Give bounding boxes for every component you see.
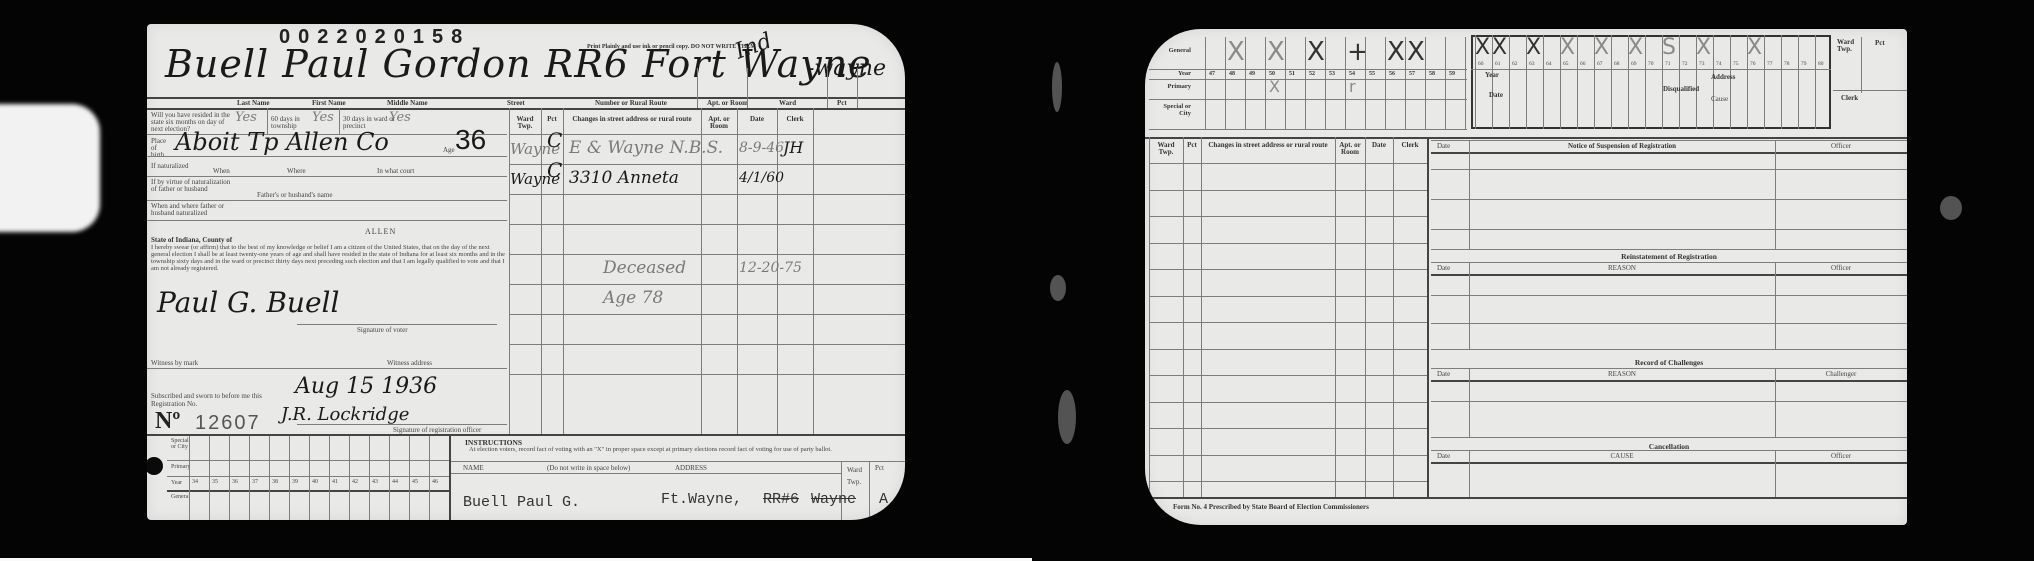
year-cell: 58 <box>1429 71 1435 77</box>
year-cell: 60 <box>1478 61 1484 67</box>
year-cell: 74 <box>1716 61 1722 67</box>
rule <box>1431 274 1907 276</box>
general-vote-mark: X <box>1696 37 1711 59</box>
rule <box>1201 137 1202 497</box>
year-cell: 43 <box>372 479 378 485</box>
rule <box>1713 35 1714 129</box>
rule <box>209 436 210 520</box>
rule <box>737 108 738 434</box>
rule <box>509 254 905 255</box>
year-cell: 34 <box>192 479 198 485</box>
rule <box>1469 140 1470 249</box>
rule <box>1775 140 1776 249</box>
typed-struck-route: RR#6 <box>763 491 799 508</box>
voting-row-label: Primary <box>171 464 191 470</box>
year-cell: 51 <box>1289 71 1295 77</box>
rule <box>1335 137 1336 497</box>
year-cell: 66 <box>1580 61 1586 67</box>
table-cell-pct: C <box>547 158 562 182</box>
year-cell: 77 <box>1767 61 1773 67</box>
corner-clerk-label: Clerk <box>1841 94 1858 102</box>
name-field-label: Apt. or Room <box>707 99 748 107</box>
signature-of-voter-label: Signature of voter <box>357 326 408 334</box>
rule <box>1471 69 1831 70</box>
father-naturalization-label: If by virtue of naturalization of father… <box>151 179 231 193</box>
rule <box>697 68 698 108</box>
general-vote-mark: X <box>1267 39 1285 65</box>
rule <box>1149 243 1427 244</box>
residency-township-answer: Yes <box>312 110 334 125</box>
changes-header: Apt. or Room <box>703 116 735 130</box>
general-vote-mark: X <box>1307 39 1325 65</box>
section-header-date: Date <box>1437 370 1450 378</box>
rule <box>1149 129 1467 130</box>
year-cell: 57 <box>1409 71 1415 77</box>
rule <box>1815 35 1816 129</box>
instructions-name-label: NAME <box>463 464 484 472</box>
rule <box>1149 349 1427 350</box>
year-cell: 36 <box>232 479 238 485</box>
rule <box>1149 428 1427 429</box>
section-header-officer: Officer <box>1775 142 1907 150</box>
general-vote-mark: X <box>1227 39 1245 65</box>
age-label: Age <box>443 146 455 154</box>
rule <box>1149 296 1427 297</box>
rule <box>429 436 430 520</box>
residency-ward-answer: Yes <box>389 110 411 125</box>
table-cell-date: 8-9-46 <box>739 140 784 156</box>
naturalized-when-label: When <box>213 167 230 175</box>
general-vote-mark: X <box>1475 37 1490 59</box>
rule <box>1405 37 1406 129</box>
instructions-ward-label: Ward Twp. <box>847 464 867 488</box>
year-cell: 75 <box>1733 61 1739 67</box>
changes-header: Ward Twp. <box>1150 142 1182 156</box>
voting-row-label: General <box>171 494 191 500</box>
voting-row-label: Special or City <box>1151 103 1191 117</box>
rule <box>1781 35 1782 129</box>
rule <box>1149 402 1427 403</box>
corner-pct-label: Pct <box>1875 39 1885 47</box>
table-cell-change: Age 78 <box>603 288 663 308</box>
rule <box>229 436 230 520</box>
section-header-officer: Officer <box>1775 452 1907 460</box>
rule <box>329 436 330 520</box>
rule <box>1431 380 1907 382</box>
voting-row-label: Special or City <box>171 438 191 450</box>
general-vote-mark: X <box>1387 39 1405 65</box>
grid-label-cause: Cause <box>1711 95 1728 103</box>
year-cell: 70 <box>1648 61 1654 67</box>
changes-header: Date <box>739 116 775 123</box>
registration-number: 12607 <box>195 412 261 435</box>
officer-label: Signature of registration officer <box>393 426 481 434</box>
year-cell: 69 <box>1631 61 1637 67</box>
light-glare <box>0 104 100 232</box>
rule <box>269 436 270 520</box>
rule <box>1205 37 1206 129</box>
rule <box>1611 35 1612 129</box>
voting-row-label: Year <box>1151 70 1191 77</box>
rule <box>1149 163 1427 164</box>
name-field-label: First Name <box>312 99 346 107</box>
father-name-label: Father's or husband's name <box>257 191 332 199</box>
residency-state-answer: Yes <box>235 110 257 125</box>
year-cell: 48 <box>1229 71 1235 77</box>
section-header-officer: Officer <box>1775 264 1907 272</box>
rule <box>1431 401 1907 402</box>
changes-header: Date <box>1366 142 1392 149</box>
year-cell: 42 <box>352 479 358 485</box>
subscribed-label: Subscribed and sworn to before me this <box>151 392 262 400</box>
year-cell: 45 <box>412 479 418 485</box>
section-header-date: Date <box>1437 264 1450 272</box>
annotation-wayne: -wayne <box>807 56 886 81</box>
instructions-name-hint: (Do not write in space below) <box>547 464 630 472</box>
rule <box>1775 450 1776 497</box>
general-vote-mark: X <box>1594 37 1609 59</box>
rule <box>1431 450 1907 451</box>
year-cell: 76 <box>1750 61 1756 67</box>
rule <box>509 284 905 285</box>
rule <box>1775 262 1776 349</box>
rule <box>857 68 858 108</box>
year-cell: 79 <box>1801 61 1807 67</box>
naturalized-label: If naturalized <box>151 162 189 170</box>
registration-card-back: GeneralYearPrimarySpecial or City4748X49… <box>1145 29 1907 525</box>
reinstatement-title: Reinstatement of Registration <box>1431 252 1907 261</box>
section-header-reason: Notice of Suspension of Registration <box>1469 142 1775 150</box>
oath-text: I hereby swear (or affirm) that to the b… <box>151 244 506 272</box>
instructions-text: At election voters, record fact of votin… <box>469 446 889 453</box>
table-cell-change: Deceased <box>603 258 686 278</box>
year-cell: 68 <box>1614 61 1620 67</box>
rule <box>509 314 905 315</box>
subscribed-date: Aug 15 1936 <box>295 374 437 399</box>
rule <box>1431 349 1907 350</box>
rule <box>827 68 828 108</box>
witness-address-label: Witness address <box>387 359 432 367</box>
year-cell: 65 <box>1563 61 1569 67</box>
year-cell: 46 <box>432 479 438 485</box>
changes-header: Changes in street address or rural route <box>1202 142 1334 149</box>
typed-pct: A <box>879 491 888 508</box>
rule <box>1225 37 1226 129</box>
table-cell-date: 4/1/60 <box>739 170 784 186</box>
year-cell: 53 <box>1329 71 1335 77</box>
rule <box>1469 368 1470 437</box>
year-cell: 52 <box>1309 71 1315 77</box>
rule <box>1509 35 1510 129</box>
rule <box>1425 37 1426 129</box>
rule <box>1431 462 1907 464</box>
dust-speck <box>1052 62 1062 112</box>
rule <box>1431 437 1907 438</box>
rule <box>1149 99 1467 100</box>
table-cell-pct: C <box>547 128 562 152</box>
rule <box>1730 35 1731 129</box>
rule <box>1149 481 1427 482</box>
rule <box>509 134 905 135</box>
rule <box>289 436 290 520</box>
rule <box>1679 35 1680 129</box>
changes-header: Changes in street address or rural route <box>565 116 699 123</box>
dust-speck <box>1058 390 1076 444</box>
section-header-date: Date <box>1437 142 1450 150</box>
year-cell: 44 <box>392 479 398 485</box>
voter-signature: Paul G. Buell <box>157 286 339 319</box>
rule <box>1445 37 1446 129</box>
changes-header: Pct <box>1184 142 1200 149</box>
registration-card-front: 0022020158 Print Plainly and use ink or … <box>147 24 905 520</box>
general-vote-mark: X <box>1628 37 1643 59</box>
year-cell: 38 <box>272 479 278 485</box>
grid-label-year: Year <box>1485 71 1499 79</box>
rule <box>1798 35 1799 129</box>
table-cell-date: 12-20-75 <box>739 260 802 276</box>
rule <box>1577 35 1578 129</box>
rule <box>1385 37 1386 129</box>
rule <box>509 224 905 225</box>
rule <box>1305 37 1306 129</box>
rule <box>509 164 905 165</box>
name-field-label: Pct <box>837 99 847 107</box>
year-cell: 35 <box>212 479 218 485</box>
year-cell: 56 <box>1389 71 1395 77</box>
general-vote-mark: X <box>1407 39 1425 65</box>
year-cell: 55 <box>1369 71 1375 77</box>
rule <box>1345 37 1346 129</box>
instructions-pct-label: Pct <box>875 464 884 472</box>
voting-grid-frame <box>1471 35 1831 129</box>
witness-label: Witness by mark <box>151 359 198 367</box>
place-of-birth-value: Aboit Tp Allen Co <box>175 128 389 156</box>
dust-speck <box>1050 275 1066 301</box>
rule <box>1764 35 1765 129</box>
rule <box>1149 79 1467 80</box>
name-field-label: Middle Name <box>387 99 428 107</box>
changes-header: Pct <box>543 116 561 123</box>
rule <box>1775 368 1776 437</box>
rule <box>1431 323 1907 324</box>
rule <box>1149 375 1427 376</box>
rule <box>509 344 905 345</box>
rule <box>349 436 350 520</box>
rule <box>813 108 814 434</box>
registration-no-label: Registration No. <box>151 400 197 408</box>
year-cell: 40 <box>312 479 318 485</box>
rule <box>1431 249 1907 250</box>
punch-hole <box>147 457 163 475</box>
rule <box>1431 169 1907 170</box>
rule <box>1365 37 1366 129</box>
section-header-reason: REASON <box>1469 264 1775 272</box>
rule <box>1431 295 1907 296</box>
rule <box>1469 450 1470 497</box>
rule <box>1149 190 1427 191</box>
form-footer: Form No. 4 Prescribed by State Board of … <box>1173 503 1369 511</box>
changes-header: Ward Twp. <box>511 116 539 130</box>
section-header-date: Date <box>1437 452 1450 460</box>
section-header-reason: CAUSE <box>1469 452 1775 460</box>
typed-address: Ft.Wayne, <box>661 491 742 508</box>
year-cell: 67 <box>1597 61 1603 67</box>
table-cell-change: E & Wayne N.B.S. <box>569 138 723 158</box>
rule <box>563 108 564 434</box>
officer-signature: J.R. Lockridge <box>281 404 409 425</box>
oath-heading: State of Indiana, County of <box>151 236 232 244</box>
rule <box>1365 137 1366 497</box>
table-cell-change: 3310 Anneta <box>569 168 679 188</box>
rule <box>1465 37 1466 129</box>
rule <box>1149 455 1427 456</box>
rule <box>1183 137 1184 497</box>
rule <box>1431 140 1907 141</box>
rule <box>409 436 410 520</box>
general-vote-mark: X <box>1492 37 1507 59</box>
general-vote-mark: X <box>1560 37 1575 59</box>
rule <box>1285 37 1286 129</box>
rule <box>1543 35 1544 129</box>
rule <box>509 374 905 375</box>
rule <box>1149 269 1427 270</box>
rule <box>1431 229 1907 230</box>
rule <box>1245 37 1246 129</box>
name-field-label: Number or Rural Route <box>595 99 667 107</box>
rule <box>189 436 190 520</box>
rule <box>1431 262 1907 263</box>
rule <box>369 436 370 520</box>
dust-speck <box>1940 196 1962 220</box>
rule <box>1149 216 1427 217</box>
year-cell: 59 <box>1449 71 1455 77</box>
rule <box>249 436 250 520</box>
rule <box>1427 137 1429 497</box>
general-vote-mark: X <box>1747 37 1762 59</box>
rule <box>1431 152 1907 154</box>
rule <box>389 436 390 520</box>
typed-ward: Wayne <box>811 491 856 508</box>
typed-name: Buell Paul G. <box>463 494 580 511</box>
rule <box>1431 199 1907 200</box>
changes-header: Clerk <box>779 116 811 123</box>
naturalized-where-label: Where <box>287 167 306 175</box>
naturalized-court-label: In what court <box>377 167 414 175</box>
voting-row-label: General <box>1151 47 1191 54</box>
voting-row-label: Primary <box>1151 83 1191 90</box>
grid-label-address: Address <box>1711 73 1735 81</box>
rule <box>1149 137 1150 497</box>
name-field-label: Street <box>507 99 525 107</box>
primary-vote-mark: r <box>1349 79 1356 95</box>
year-cell: 78 <box>1784 61 1790 67</box>
voting-row-label: Year <box>171 480 191 486</box>
rule <box>1645 35 1646 129</box>
year-cell: 64 <box>1546 61 1552 67</box>
rule <box>1393 137 1394 497</box>
year-cell: 73 <box>1699 61 1705 67</box>
rule <box>1149 69 1467 70</box>
year-cell: 61 <box>1495 61 1501 67</box>
year-cell: 80 <box>1818 61 1824 67</box>
year-cell: 72 <box>1682 61 1688 67</box>
challenges-title: Record of Challenges <box>1431 358 1907 367</box>
year-cell: 37 <box>252 479 258 485</box>
rule <box>1469 262 1470 349</box>
rule <box>1325 37 1326 129</box>
rule <box>509 194 905 195</box>
when-where-naturalized-label: When and where father or husband natural… <box>151 203 241 217</box>
section-header-officer: Challenger <box>1775 370 1907 378</box>
corner-ward-label: Ward Twp. <box>1837 39 1857 53</box>
section-header-reason: REASON <box>1469 370 1775 378</box>
year-cell: 49 <box>1249 71 1255 77</box>
county-stamp: ALLEN <box>365 227 396 236</box>
year-cell: 63 <box>1529 61 1535 67</box>
year-cell: 71 <box>1665 61 1671 67</box>
grid-label-date: Date <box>1489 91 1503 99</box>
rule <box>747 68 748 108</box>
rule <box>309 436 310 520</box>
year-cell: 47 <box>1209 71 1215 77</box>
rule <box>1149 322 1427 323</box>
year-cell: 39 <box>292 479 298 485</box>
changes-header: Apt. or Room <box>1336 142 1364 156</box>
general-vote-mark: X <box>1526 37 1541 59</box>
rule <box>1265 37 1266 129</box>
age-value: 36 <box>455 124 486 156</box>
year-cell: 41 <box>332 479 338 485</box>
year-cell: 62 <box>1512 61 1518 67</box>
general-vote-mark: S <box>1662 37 1676 59</box>
table-cell-clerk: JH <box>783 138 803 157</box>
name-field-label: Ward <box>779 99 796 107</box>
instructions-address-label: ADDRESS <box>675 464 707 472</box>
changes-header: Clerk <box>1394 142 1426 149</box>
primary-vote-mark: X <box>1269 79 1280 95</box>
name-field-label: Last Name <box>237 99 269 107</box>
grid-label-disqualified: Disqualified <box>1663 85 1699 93</box>
rule <box>1431 368 1907 369</box>
number-sign: Nº <box>155 408 180 435</box>
